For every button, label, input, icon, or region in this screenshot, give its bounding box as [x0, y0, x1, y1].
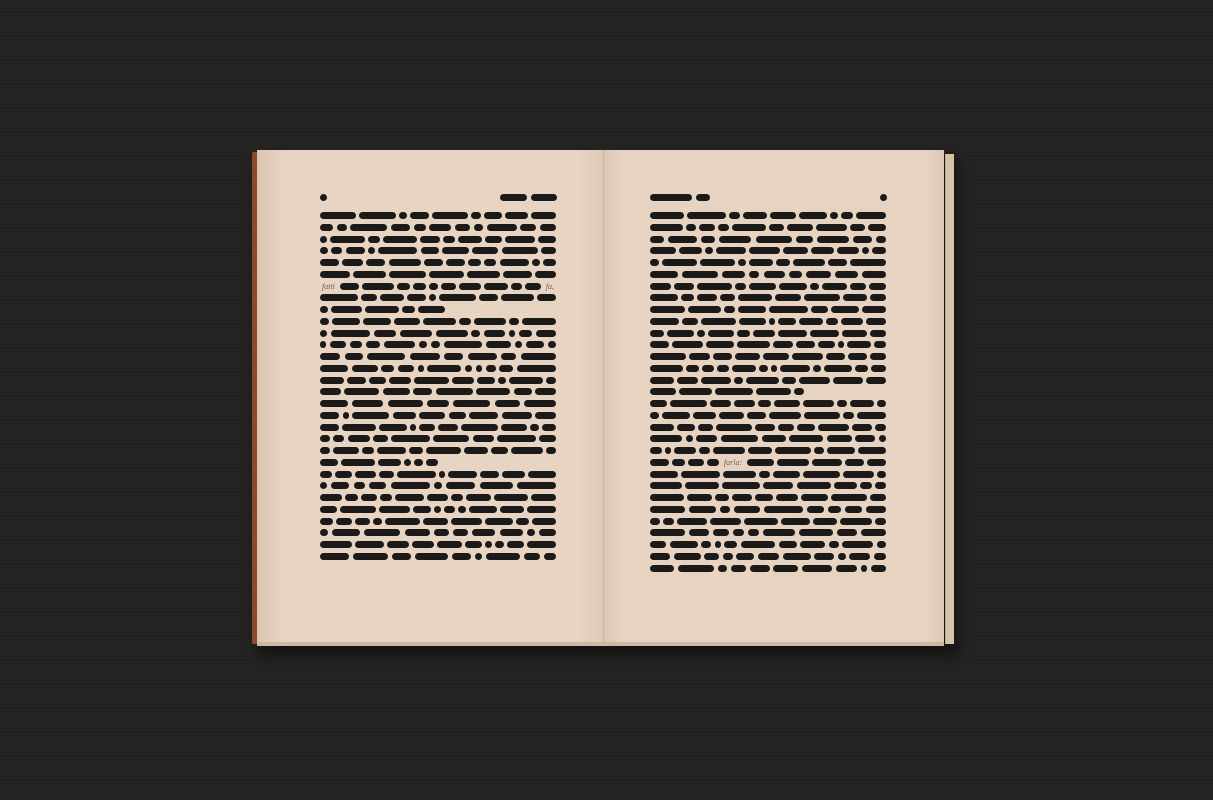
- redaction-bar: [758, 553, 779, 560]
- redaction-bar: [662, 412, 690, 419]
- redaction-bar: [485, 518, 513, 525]
- redaction-bar: [487, 224, 517, 231]
- redaction-bar: [716, 424, 752, 431]
- redaction-bar: [320, 494, 342, 501]
- redaction-bar: [743, 212, 767, 219]
- redaction-bar: [841, 318, 863, 325]
- redaction-bar: [724, 306, 735, 313]
- redaction-bar: [830, 212, 838, 219]
- redaction-bar: [418, 365, 424, 372]
- redaction-bar: [517, 482, 556, 489]
- redaction-bar: [400, 330, 432, 337]
- redaction-bar: [436, 388, 473, 395]
- redaction-bar: [332, 529, 360, 536]
- redaction-bar: [794, 388, 804, 395]
- redaction-bar: [831, 306, 859, 313]
- redaction-bar: [650, 365, 683, 372]
- redaction-bar: [380, 494, 392, 501]
- redaction-bar: [803, 471, 840, 478]
- redaction-bar: [810, 283, 819, 290]
- left-running-head-redacted: [500, 194, 557, 200]
- redaction-bar: [409, 447, 423, 454]
- redaction-bar: [650, 565, 674, 572]
- redaction-bar: [803, 400, 834, 407]
- redaction-bar: [699, 447, 710, 454]
- redaction-bar: [866, 318, 886, 325]
- redaction-bar: [367, 353, 405, 360]
- redaction-bar: [783, 247, 808, 254]
- redaction-bar: [423, 318, 456, 325]
- redaction-bar: [838, 341, 844, 348]
- redaction-bar: [837, 400, 847, 407]
- redacted-line: [650, 353, 886, 360]
- redaction-bar: [677, 424, 695, 431]
- redacted-line: [650, 529, 886, 536]
- redaction-bar: [650, 506, 685, 513]
- redaction-bar: [650, 412, 659, 419]
- redaction-bar: [685, 482, 719, 489]
- redaction-bar: [843, 471, 874, 478]
- redaction-bar: [833, 377, 863, 384]
- left-page-text-redacted: fattifa,: [320, 212, 556, 565]
- redaction-bar: [813, 518, 837, 525]
- redaction-bar: [787, 224, 813, 231]
- redaction-bar: [355, 541, 384, 548]
- redaction-bar: [320, 459, 338, 466]
- redacted-line: [650, 482, 886, 489]
- redaction-bar: [687, 212, 726, 219]
- redaction-bar: [775, 447, 811, 454]
- redaction-bar: [665, 447, 671, 454]
- redacted-line: [320, 388, 556, 395]
- redaction-bar: [722, 482, 760, 489]
- redaction-bar: [353, 553, 388, 560]
- redacted-line: [320, 341, 556, 348]
- redaction-bar: [870, 294, 886, 301]
- redacted-line: [650, 388, 886, 395]
- redaction-bar: [758, 400, 771, 407]
- redacted-line: [650, 412, 886, 419]
- redaction-bar: [816, 224, 847, 231]
- redacted-line: [650, 400, 886, 407]
- redaction-bar: [650, 529, 685, 536]
- redacted-line: [650, 236, 886, 243]
- redaction-bar: [340, 283, 359, 290]
- redaction-bar: [764, 506, 803, 513]
- redaction-bar: [779, 283, 807, 290]
- redacted-line: [320, 318, 556, 325]
- redaction-bar: [320, 236, 327, 243]
- redaction-bar: [355, 518, 370, 525]
- redaction-bar: [681, 471, 720, 478]
- redaction-bar: [320, 224, 333, 231]
- redaction-bar: [674, 553, 701, 560]
- redaction-bar: [453, 529, 468, 536]
- redacted-line: [650, 365, 886, 372]
- redaction-bar: [739, 318, 766, 325]
- redaction-bar: [442, 247, 469, 254]
- redaction-bar: [867, 459, 886, 466]
- redacted-line: [650, 212, 886, 219]
- redaction-bar: [439, 471, 445, 478]
- redaction-bar: [384, 341, 415, 348]
- redaction-bar: [762, 435, 786, 442]
- redaction-bar: [377, 447, 406, 454]
- redaction-bar: [486, 341, 511, 348]
- redaction-bar: [736, 553, 754, 560]
- redacted-line: [320, 294, 556, 301]
- redacted-line: [320, 459, 556, 466]
- redacted-line: [650, 341, 886, 348]
- redaction-bar: [826, 318, 838, 325]
- redaction-bar: [783, 553, 811, 560]
- redaction-bar: [874, 341, 886, 348]
- redaction-bar: [686, 435, 693, 442]
- redaction-bar: [467, 271, 500, 278]
- redaction-bar: [469, 412, 498, 419]
- redaction-bar: [362, 447, 374, 454]
- redaction-bar: [368, 247, 375, 254]
- redaction-bar: [392, 553, 411, 560]
- redaction-bar: [713, 353, 732, 360]
- redaction-bar: [713, 447, 745, 454]
- redaction-bar: [399, 212, 407, 219]
- redaction-bar: [520, 224, 536, 231]
- redaction-bar: [868, 224, 886, 231]
- redaction-bar: [842, 330, 867, 337]
- redaction-bar: [855, 435, 875, 442]
- redaction-bar: [449, 412, 466, 419]
- redaction-bar: [689, 529, 709, 536]
- redaction-bar: [717, 365, 729, 372]
- redaction-bar: [719, 412, 744, 419]
- redaction-bar: [369, 482, 386, 489]
- redaction-bar: [858, 447, 886, 454]
- redaction-bar: [418, 306, 445, 313]
- redaction-bar: [719, 236, 751, 243]
- redaction-bar: [734, 506, 760, 513]
- redaction-bar: [387, 541, 409, 548]
- redaction-bar: [837, 247, 859, 254]
- redaction-bar: [535, 271, 556, 278]
- redaction-bar: [391, 482, 430, 489]
- redaction-bar: [861, 529, 886, 536]
- redaction-bar: [347, 377, 366, 384]
- redaction-bar: [320, 365, 348, 372]
- redaction-bar: [701, 541, 711, 548]
- redaction-bar: [877, 541, 886, 548]
- redaction-bar: [866, 506, 886, 513]
- open-book: fattifa, farla:: [252, 150, 954, 648]
- redaction-bar: [750, 565, 770, 572]
- redaction-bar: [514, 388, 532, 395]
- redaction-bar: [412, 541, 434, 548]
- redaction-bar: [801, 494, 828, 501]
- redaction-bar: [650, 400, 667, 407]
- redaction-bar: [715, 388, 753, 395]
- visible-word: farla:: [722, 459, 744, 466]
- redaction-bar: [749, 259, 773, 266]
- redaction-bar: [720, 294, 735, 301]
- redaction-bar: [484, 283, 508, 290]
- redaction-bar: [320, 482, 327, 489]
- redaction-bar: [720, 506, 730, 513]
- redaction-bar: [829, 541, 839, 548]
- redaction-bar: [802, 565, 832, 572]
- redacted-line: [320, 553, 556, 560]
- redaction-bar: [708, 330, 734, 337]
- redaction-bar: [337, 224, 347, 231]
- redaction-bar: [500, 529, 523, 536]
- redacted-line: [320, 412, 556, 419]
- redaction-bar: [763, 482, 793, 489]
- redaction-bar: [780, 365, 810, 372]
- left-page: fattifa,: [257, 150, 604, 644]
- redaction-bar: [433, 435, 469, 442]
- redaction-bar: [320, 518, 333, 525]
- redaction-bar: [410, 424, 416, 431]
- redaction-bar: [461, 424, 498, 431]
- redacted-line: [650, 224, 886, 231]
- redaction-bar: [817, 236, 849, 243]
- redaction-bar: [434, 506, 441, 513]
- redacted-line: [320, 247, 556, 254]
- redaction-bar: [738, 306, 766, 313]
- redaction-bar: [799, 377, 830, 384]
- redaction-bar: [495, 400, 520, 407]
- redaction-bar: [431, 341, 440, 348]
- redaction-bar: [840, 518, 872, 525]
- redaction-bar: [799, 318, 823, 325]
- redaction-bar: [746, 377, 779, 384]
- redaction-bar: [764, 271, 785, 278]
- redaction-bar: [320, 377, 344, 384]
- redaction-bar: [650, 459, 669, 466]
- redaction-bar: [498, 377, 506, 384]
- redaction-bar: [527, 529, 535, 536]
- redaction-bar: [503, 271, 532, 278]
- redaction-bar: [677, 377, 698, 384]
- redaction-bar: [352, 400, 383, 407]
- redaction-bar: [650, 471, 678, 478]
- redaction-bar: [650, 518, 660, 525]
- redaction-bar: [747, 412, 766, 419]
- book-bottom-edge: [257, 642, 944, 646]
- redaction-bar: [426, 459, 438, 466]
- redaction-bar: [679, 247, 702, 254]
- redaction-bar: [419, 341, 427, 348]
- redaction-bar: [866, 377, 886, 384]
- redacted-line: [320, 306, 556, 313]
- redaction-bar: [650, 271, 678, 278]
- redaction-bar: [388, 400, 423, 407]
- redaction-bar: [426, 447, 461, 454]
- redaction-bar: [650, 212, 684, 219]
- redaction-bar: [733, 529, 744, 536]
- redaction-bar: [697, 330, 705, 337]
- redaction-bar: [650, 283, 671, 290]
- redaction-bar: [419, 412, 445, 419]
- redaction-bar: [771, 365, 777, 372]
- redaction-bar: [779, 541, 797, 548]
- redaction-bar: [838, 553, 846, 560]
- redaction-bar: [778, 318, 796, 325]
- redaction-bar: [778, 330, 807, 337]
- redaction-bar: [524, 553, 540, 560]
- redaction-bar: [715, 494, 729, 501]
- redaction-bar: [693, 412, 716, 419]
- redaction-bar: [410, 353, 440, 360]
- redaction-bar: [509, 330, 515, 337]
- redaction-bar: [686, 365, 699, 372]
- redacted-line: farla:: [650, 459, 886, 466]
- redaction-bar: [847, 341, 871, 348]
- redaction-bar: [650, 247, 676, 254]
- redaction-bar: [650, 236, 664, 243]
- redaction-bar: [806, 271, 831, 278]
- redaction-bar: [528, 471, 556, 478]
- redaction-bar: [776, 259, 790, 266]
- redaction-bar: [444, 341, 482, 348]
- redaction-bar: [501, 424, 527, 431]
- redaction-bar: [662, 259, 697, 266]
- redaction-bar: [389, 377, 411, 384]
- redaction-bar: [650, 388, 676, 395]
- redaction-bar: [876, 236, 886, 243]
- redacted-line: [320, 259, 556, 266]
- redaction-bar: [486, 553, 520, 560]
- redaction-bar: [710, 400, 731, 407]
- redaction-bar: [345, 353, 363, 360]
- redaction-bar: [732, 494, 752, 501]
- redaction-bar: [875, 482, 886, 489]
- redaction-bar: [862, 271, 886, 278]
- redaction-bar: [850, 224, 865, 231]
- redaction-bar: [320, 247, 328, 254]
- redaction-bar: [368, 236, 380, 243]
- redaction-bar: [465, 541, 482, 548]
- redaction-bar: [870, 330, 886, 337]
- redaction-bar: [453, 400, 490, 407]
- redaction-bar: [650, 294, 678, 301]
- redaction-bar: [698, 424, 713, 431]
- redaction-bar: [855, 365, 868, 372]
- redaction-bar: [320, 400, 348, 407]
- redaction-bar: [813, 365, 821, 372]
- redaction-bar: [687, 494, 712, 501]
- redaction-bar: [521, 353, 556, 360]
- redaction-bar: [731, 565, 746, 572]
- redaction-bar: [729, 212, 740, 219]
- redaction-bar: [355, 471, 376, 478]
- redaction-bar: [811, 306, 828, 313]
- redaction-bar: [320, 447, 330, 454]
- redaction-bar: [397, 471, 436, 478]
- redacted-line: [650, 424, 886, 431]
- redaction-bar: [672, 341, 703, 348]
- redaction-bar: [427, 365, 461, 372]
- redaction-bar: [748, 447, 772, 454]
- redaction-bar: [410, 212, 429, 219]
- right-page-text-redacted: farla:: [650, 212, 886, 576]
- redaction-bar: [835, 271, 858, 278]
- redaction-bar: [385, 518, 420, 525]
- redaction-bar: [320, 529, 328, 536]
- redaction-bar: [793, 259, 825, 266]
- redaction-bar: [383, 388, 410, 395]
- redaction-bar: [686, 224, 696, 231]
- redaction-bar: [480, 482, 513, 489]
- redaction-bar: [826, 353, 845, 360]
- redaction-bar: [650, 482, 682, 489]
- redacted-line: [650, 377, 886, 384]
- redaction-bar: [476, 365, 482, 372]
- redaction-bar: [870, 494, 886, 501]
- redaction-bar: [774, 400, 800, 407]
- redaction-bar: [419, 424, 435, 431]
- redaction-bar: [407, 294, 426, 301]
- redaction-bar: [459, 318, 471, 325]
- redaction-bar: [769, 318, 775, 325]
- redaction-bar: [857, 412, 886, 419]
- redaction-bar: [421, 247, 439, 254]
- redaction-bar: [505, 236, 535, 243]
- redaction-bar: [335, 471, 352, 478]
- redaction-bar: [369, 377, 386, 384]
- redaction-bar: [776, 494, 798, 501]
- redaction-bar: [320, 541, 352, 548]
- redaction-bar: [379, 506, 410, 513]
- redaction-bar: [344, 388, 379, 395]
- redaction-bar: [530, 424, 539, 431]
- redaction-bar: [455, 224, 470, 231]
- redaction-bar: [650, 330, 664, 337]
- redaction-bar: [546, 377, 556, 384]
- redaction-bar: [877, 400, 886, 407]
- redacted-line: [320, 236, 556, 243]
- redaction-bar: [469, 506, 497, 513]
- redaction-bar: [537, 294, 556, 301]
- page-edges-right: [945, 154, 954, 644]
- redaction-bar: [822, 283, 847, 290]
- redaction-bar: [331, 247, 342, 254]
- redaction-bar: [828, 506, 841, 513]
- redaction-bar: [722, 271, 745, 278]
- redaction-bar: [331, 306, 362, 313]
- redaction-bar: [389, 271, 426, 278]
- redaction-bar: [697, 283, 732, 290]
- redaction-bar: [769, 306, 808, 313]
- redaction-bar: [475, 553, 482, 560]
- redaction-bar: [526, 341, 544, 348]
- redaction-bar: [756, 236, 792, 243]
- redaction-bar: [753, 330, 775, 337]
- redaction-bar: [737, 341, 770, 348]
- redaction-bar: [797, 424, 815, 431]
- redaction-bar: [828, 259, 847, 266]
- redaction-bar: [536, 330, 556, 337]
- redacted-line: [320, 541, 556, 548]
- redaction-bar: [789, 435, 823, 442]
- redaction-bar: [804, 294, 840, 301]
- redaction-bar: [459, 283, 481, 290]
- redaction-bar: [837, 529, 857, 536]
- redaction-bar: [320, 212, 356, 219]
- redaction-bar: [716, 247, 746, 254]
- redaction-bar: [770, 212, 796, 219]
- redaction-bar: [674, 447, 696, 454]
- redaction-bar: [701, 236, 715, 243]
